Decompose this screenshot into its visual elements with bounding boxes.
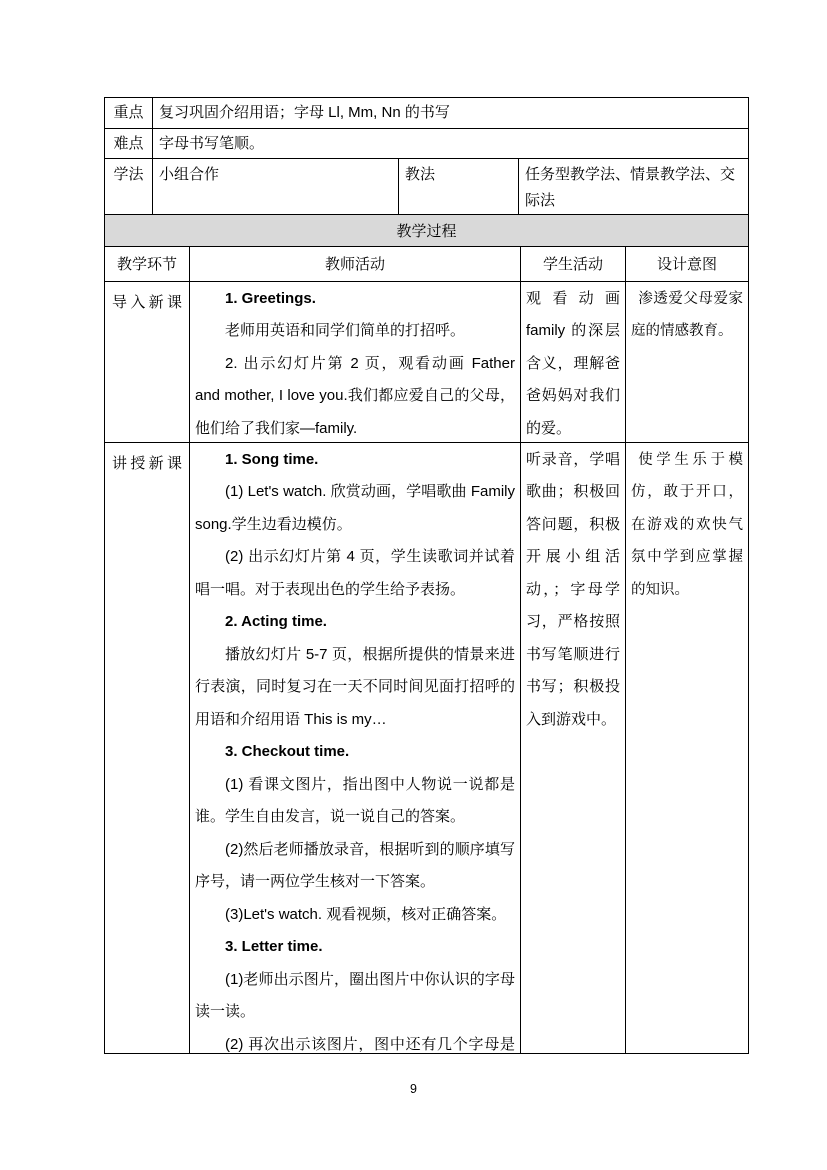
paragraph: 3. Letter time. [195,931,515,964]
learning-method-label: 学法 [105,159,153,215]
paragraph: (2)然后老师播放录音，根据听到的顺序填写序号，请一两位学生核对一下答案。 [195,834,515,899]
teacher-activity-cell: 1. Song time.(1) Let's watch. 欣赏动画，学唱歌曲 … [190,442,521,1053]
process-row-intro: 导入新课 1. Greetings.老师用英语和同学们简单的打招呼。2. 出示幻… [105,281,749,442]
student-activity-cell: 观看动画 family 的深层含义，理解爸爸妈妈对我们的爱。 [521,281,626,442]
paragraph: (2) 出示幻灯片第 4 页，学生读歌词并试着唱一唱。对于表现出色的学生给予表扬… [195,541,515,606]
paragraph: 观看动画 family 的深层含义，理解爸爸妈妈对我们的爱。 [526,283,620,441]
methods-row: 学法 小组合作 教法 任务型教学法、情景教学法、交际法 [105,159,749,215]
paragraph: 3. Checkout time. [195,736,515,769]
lesson-plan-tables: 重点 复习巩固介绍用语；字母 Ll, Mm, Nn 的书写 难点 字母书写笔顺。… [104,97,748,1054]
student-activity-text: 观看动画 family 的深层含义，理解爸爸妈妈对我们的爱。 [526,283,620,441]
teaching-method-label: 教法 [399,159,519,215]
paragraph: (3)Let's watch. 观看视频，核对正确答案。 [195,899,515,932]
key-point-value: 复习巩固介绍用语；字母 Ll, Mm, Nn 的书写 [153,98,749,129]
difficulty-row: 难点 字母书写笔顺。 [105,129,749,159]
paragraph: (1)老师出示图片，圈出图片中你认识的字母读一读。 [195,964,515,1029]
teaching-method-value: 任务型教学法、情景教学法、交际法 [519,159,749,215]
design-intent-text: 使学生乐于模仿，敢于开口，在游戏的欢快气氛中学到应掌握的知识。 [631,444,743,1052]
paragraph: (1) 看课文图片，指出图中人物说一说都是谁。学生自由发言，说一说自己的答案。 [195,769,515,834]
paragraph: (1) Let's watch. 欣赏动画，学唱歌曲 Family song.学… [195,476,515,541]
difficulty-label: 难点 [105,129,153,159]
learning-method-value: 小组合作 [153,159,399,215]
paragraph: (2) 再次出示该图片，图中还有几个字母是我 [195,1029,515,1052]
stage-label-intro: 导入新课 [105,281,190,442]
document-page: 重点 复习巩固介绍用语；字母 Ll, Mm, Nn 的书写 难点 字母书写笔顺。… [0,0,827,1170]
key-point-label: 重点 [105,98,153,129]
paragraph: 2. 出示幻灯片第 2 页，观看动画 Father and mother, I … [195,348,515,441]
process-table: 教学过程 教学环节 教师活动 学生活动 设计意图 导入新课 1. Greetin… [104,214,749,1054]
design-intent-text: 渗透爱父母爱家庭的情感教育。 [631,283,743,441]
paragraph: 2. Acting time. [195,606,515,639]
column-header-student-activity: 学生活动 [521,246,626,281]
process-header-row: 教学环节 教师活动 学生活动 设计意图 [105,246,749,281]
student-activity-cell: 听录音，学唱歌曲；积极回答问题，积极开展小组活动，；字母学习，严格按照书写笔顺进… [521,442,626,1053]
teacher-activity-text: 1. Greetings.老师用英语和同学们简单的打招呼。2. 出示幻灯片第 2… [195,283,515,441]
paragraph: 渗透爱父母爱家庭的情感教育。 [631,283,743,348]
page-number: 9 [0,1082,827,1096]
key-point-row: 重点 复习巩固介绍用语；字母 Ll, Mm, Nn 的书写 [105,98,749,129]
difficulty-value: 字母书写笔顺。 [153,129,749,159]
process-title-row: 教学过程 [105,214,749,246]
teacher-activity-cell: 1. Greetings.老师用英语和同学们简单的打招呼。2. 出示幻灯片第 2… [190,281,521,442]
column-header-stage: 教学环节 [105,246,190,281]
design-intent-cell: 渗透爱父母爱家庭的情感教育。 [626,281,749,442]
paragraph: 老师用英语和同学们简单的打招呼。 [195,315,515,348]
paragraph: 听录音，学唱歌曲；积极回答问题，积极开展小组活动，；字母学习，严格按照书写笔顺进… [526,444,620,737]
student-activity-text: 听录音，学唱歌曲；积极回答问题，积极开展小组活动，；字母学习，严格按照书写笔顺进… [526,444,620,1052]
paragraph: 1. Greetings. [195,283,515,316]
column-header-teacher-activity: 教师活动 [190,246,521,281]
info-table: 重点 复习巩固介绍用语；字母 Ll, Mm, Nn 的书写 难点 字母书写笔顺。… [104,97,749,215]
design-intent-cell: 使学生乐于模仿，敢于开口，在游戏的欢快气氛中学到应掌握的知识。 [626,442,749,1053]
paragraph: 播放幻灯片 5-7 页，根据所提供的情景来进行表演，同时复习在一天不同时间见面打… [195,639,515,737]
column-header-design-intent: 设计意图 [626,246,749,281]
paragraph: 1. Song time. [195,444,515,477]
teacher-activity-text: 1. Song time.(1) Let's watch. 欣赏动画，学唱歌曲 … [195,444,515,1052]
paragraph: 使学生乐于模仿，敢于开口，在游戏的欢快气氛中学到应掌握的知识。 [631,444,743,607]
process-title: 教学过程 [105,214,749,246]
process-row-new-lesson: 讲授新课 1. Song time.(1) Let's watch. 欣赏动画，… [105,442,749,1053]
stage-label-new-lesson: 讲授新课 [105,442,190,1053]
